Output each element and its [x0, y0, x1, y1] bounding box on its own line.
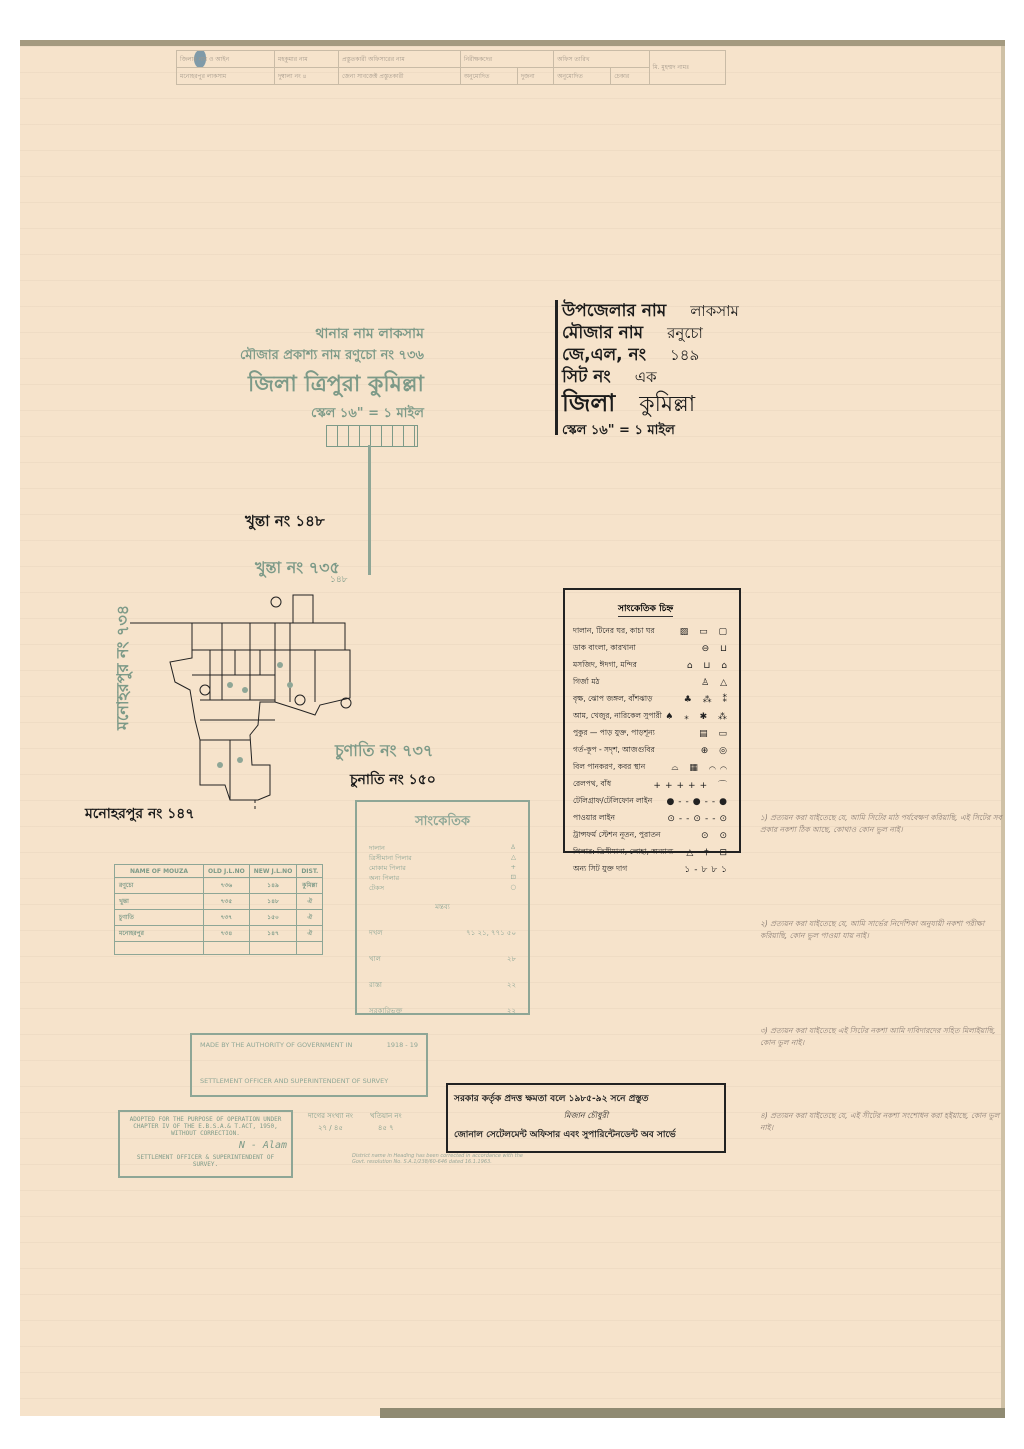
legend-faded-symbol-icon: ○: [510, 883, 516, 893]
adopted-signature: N - Alam: [124, 1140, 287, 1151]
mouza-header-new-jl: NEW J.L.NO: [249, 865, 297, 878]
header-cell: অফিস তারিখ: [554, 51, 649, 68]
legend-faded-title: সাংকেতিক: [369, 812, 516, 833]
authority-footer: SETTLEMENT OFFICER AND SUPERINTENDENT OF…: [200, 1077, 418, 1085]
mouza-cell: রণুচো: [115, 878, 204, 894]
header-cell: মি. মুহম্মদ নামঃ: [649, 51, 725, 85]
legend-item: পাওয়ার লাইন⊙--⊙--⊙: [573, 810, 731, 827]
legend-item-label: আম, খেজুর, নারিকেল সুপারী: [573, 711, 662, 723]
legend-faded-subheading: মন্তব্য: [369, 901, 516, 913]
legend-item-label: বিল পানকরণ, কবর স্থান: [573, 762, 645, 774]
bengali-authority-stamp: সরকার কর্তৃক প্রদত্ত ক্ষমতা বলে ১৯৮৫-৯২ …: [446, 1083, 726, 1153]
khatian-value: ৪৫ ৭: [370, 1122, 402, 1134]
authority-stamp: MADE BY THE AUTHORITY OF GOVERNMENT IN19…: [190, 1033, 428, 1097]
header-table: জিলার নাম ও আইন মহকুমার নাম প্রস্তুতকারী…: [176, 50, 726, 85]
header-cell: জেনা সাবজেক্ট প্রস্তুতকারী: [338, 68, 460, 85]
legend-symbol-icon: ১-৮৮১: [684, 862, 731, 877]
jl-label: জে,এল, নং: [562, 345, 646, 365]
mouza-cell: ৭৩৬: [204, 878, 250, 894]
district-row: জিলাকুমিল্লা: [562, 388, 739, 420]
header-table-row: মনোহরপুর লাকসাম দুম্বালা নং ৪ জেনা সাবজে…: [177, 68, 726, 85]
legend-item: মসজিদ, ঈদগা, মন্দির⌂ ⊔ ⌂: [573, 657, 731, 674]
legend-item: বৃক্ষ, ঝোপ জঙ্গল, বাঁশঝাড়♣ ⁂ ⁑: [573, 691, 731, 708]
handwritten-note-2: ২) প্রত্যয়ন করা যাইতেছে যে, আমি সার্ভের…: [760, 918, 1010, 942]
adopted-footer: SETTLEMENT OFFICER & SUPERINTENDENT OF S…: [124, 1154, 287, 1168]
mouza-table: NAME OF MOUZA OLD J.L.NO NEW J.L.NO DIST…: [114, 864, 323, 955]
bengali-authority-line1: সরকার কর্তৃক প্রদত্ত ক্ষমতা বলে ১৯৮৫-৯২ …: [454, 1091, 718, 1106]
mouza-cell: [115, 942, 204, 955]
section-value: ২২: [507, 979, 516, 991]
mouza-header-old-jl: OLD J.L.NO: [204, 865, 250, 878]
upazila-row: উপজেলার নামলাকসাম: [562, 300, 739, 322]
section-value: ২৮: [507, 953, 516, 965]
legend-item: অন্য সিট যুক্ত দাগ১-৮৮১: [573, 861, 731, 878]
district-correction-note: District name in Heading has been correc…: [352, 1153, 532, 1165]
sheet-bottom-edge: [380, 1408, 1005, 1418]
mouza-cell: ঐ: [297, 894, 323, 910]
legend-symbol-icon: ♠ ⁎ ✱ ⁂: [665, 712, 731, 722]
legend-item-label: গির্জা মঠ: [573, 677, 600, 689]
header-cell: নিরীক্ষকদের: [460, 51, 553, 68]
mouza-table-row: মনোহরপুর৭৩৪১৪৭ঐ: [115, 926, 323, 942]
mouza-cell: ঐ: [297, 910, 323, 926]
mouza-cell: ৭৩৭: [204, 910, 250, 926]
legend-symbol-icon: ⌓ ▦ ⌒⌒: [671, 763, 731, 773]
district-old: জিলা ত্রিপুরা কুমিল্লা: [240, 367, 424, 404]
mouza-cell: ১৪৭: [249, 926, 297, 942]
legend-faded-section: দখল৭১ ২১, ৭৭১ ৫০: [369, 927, 516, 939]
legend-faded-item: অন্য পিলার⊡: [369, 873, 516, 883]
mouza-cell: কুমিল্লা: [297, 878, 323, 894]
dag-value: ২৭ / ৪৫: [308, 1122, 353, 1134]
header-cell: চেকার: [611, 68, 649, 85]
mouza-header-name: NAME OF MOUZA: [115, 865, 204, 878]
legend-item: পিলার: ত্রিসীমানা, লোহা, অন্যান্য△ † ⊡: [573, 844, 731, 861]
mouza-cell: ঐ: [297, 926, 323, 942]
legend-item-label: গর্ত-কূপ - সদৃশ, আজগুবির: [573, 745, 655, 757]
legend-item-label: ডাক বাংলা, কারখানা: [573, 643, 636, 655]
mouza-cell: [297, 942, 323, 955]
mouza-cell: মনোহরপুর: [115, 926, 204, 942]
mouza-label: মৌজার নাম: [562, 323, 643, 343]
legend-symbol-icon: △ † ⊡: [686, 848, 731, 858]
header-cell: অনুমোদিত: [554, 68, 611, 85]
scale-old: স্কেল ১৬" = ১ মাইল: [240, 404, 424, 425]
mouza-table-row: রণুচো৭৩৬১৪৯কুমিল্লা: [115, 878, 323, 894]
section-label: খাল: [369, 953, 381, 965]
legend-faded-item: মোকাম পিলার+: [369, 863, 516, 873]
mouza-row: মৌজার নামরনুচো: [562, 322, 739, 344]
faded-title-block: থানার নাম লাকসাম মৌজার প্রকাশ্য নাম রণুচ…: [240, 322, 424, 425]
handwritten-note-1: ১) প্রত্যয়ন করা যাইতেছে যে, আমি সিটের ম…: [760, 812, 1010, 836]
mouza-value: রনুচো: [667, 324, 703, 342]
legend-symbol-icon: +++++ ⌒: [653, 778, 731, 791]
legend-item-label: রেলপথ, বাঁধ: [573, 779, 611, 791]
scale-bar: [326, 425, 418, 447]
authority-years: 1918 - 19: [387, 1041, 418, 1049]
section-label: দখল: [369, 927, 383, 939]
sheet-info-block: উপজেলার নামলাকসাম মৌজার নামরনুচো জে,এল, …: [562, 300, 739, 442]
adopted-stamp: ADOPTED FOR THE PURPOSE OF OPERATION UND…: [118, 1110, 293, 1178]
legend-faded-section: রাস্তা২২: [369, 979, 516, 991]
legend-item-label: মসজিদ, ঈদগা, মন্দির: [573, 660, 637, 672]
legend-symbol-icon: ♣ ⁂ ⁑: [684, 695, 731, 705]
legend-symbol-icon: ♙ △: [701, 678, 731, 688]
sheet-label: সিট নং: [562, 367, 611, 387]
legend-item-label: ট্রান্সফর্ম স্টেশন নূতন, পুরাতন: [573, 830, 660, 842]
scale-row: স্কেল ১৬" = ১ মাইল: [562, 420, 739, 442]
handwritten-note-3: ৩) প্রত্যয়ন করা যাইতেছে এই সিটের নকশা আ…: [760, 1025, 1010, 1049]
adjacent-mouza-north-old-sub: ১৪৮: [330, 572, 348, 587]
upazila-label: উপজেলার নাম: [562, 301, 666, 321]
legend-faded-symbol-icon: ⊡: [511, 873, 516, 883]
legend-symbol-icon: ●--●--●: [666, 797, 731, 807]
handwritten-note-4: ৪) প্রত্যয়ন করা যাইতেছে যে, এই সীটের নক…: [760, 1110, 1010, 1134]
legend-faded: সাংকেতিক দালান♙ত্রিসীমানা পিলার△মোকাম পি…: [355, 800, 530, 1015]
mouza-old-name: মৌজার প্রকাশ্য নাম রণুচো নং ৭৩৬: [240, 346, 424, 367]
legend-item: আম, খেজুর, নারিকেল সুপারী♠ ⁎ ✱ ⁂: [573, 708, 731, 725]
mouza-cell: ১৪৯: [249, 878, 297, 894]
legend-item-label: দালান, টিনের ঘর, কাচা ঘর: [573, 626, 655, 638]
legend-item: পুকুর — পাড় যুক্ত, পাড়শূন্য▤ ▭: [573, 725, 731, 742]
mouza-header-dist: DIST.: [297, 865, 323, 878]
legend-symbol-icon: ⊙--⊙--⊙: [667, 814, 731, 824]
header-cell: মনোহরপুর লাকসাম: [177, 68, 275, 85]
legend-symbol-icon: ▨ ▭ ▢: [680, 627, 731, 637]
sheet-row: সিট নংএক: [562, 366, 739, 388]
header-cell: প্রস্তুতকারী অফিসারের নাম: [338, 51, 460, 68]
district-value: কুমিল্লা: [639, 392, 695, 417]
legend-item: রেলপথ, বাঁধ+++++ ⌒: [573, 776, 731, 793]
bengali-authority-line2: জোনাল সেটেলমেন্ট অফিসার এবং সুপারিন্টেনড…: [454, 1127, 718, 1142]
header-cell: দুম্বালা নং ৪: [275, 68, 339, 85]
legend-item-label: টেলিগ্রাফ/টেলিফোন লাইন: [573, 796, 652, 808]
legend-main-title: সাংকেতিক চিহ্ন: [618, 601, 673, 617]
dag-label: দাগের সংখ্যা নং: [308, 1110, 353, 1122]
legend-item-label: পিলার: ত্রিসীমানা, লোহা, অন্যান্য: [573, 847, 673, 859]
upazila-value: লাকসাম: [690, 302, 739, 320]
adjacent-mouza-north-old: খুন্তা নং ৭৩৫: [255, 555, 340, 582]
legend-item: ট্রান্সফর্ম স্টেশন নূতন, পুরাতন⊙ ⊙: [573, 827, 731, 844]
legend-faded-section: সরকারিভুক্ত২২: [369, 1005, 516, 1017]
mouza-cell: [249, 942, 297, 955]
bengali-signature: মিজান চৌধুরী: [454, 1110, 718, 1123]
section-label: রাস্তা: [369, 979, 382, 991]
legend-faded-item: দালান♙: [369, 843, 516, 853]
legend-faded-item-label: দালান: [369, 843, 385, 853]
mouza-table-row: চুণাতি৭৩৭১৫০ঐ: [115, 910, 323, 926]
legend-item: বিল পানকরণ, কবর স্থান⌓ ▦ ⌒⌒: [573, 759, 731, 776]
legend-faded-symbol-icon: △: [511, 853, 516, 863]
sheet-edge: [1001, 46, 1005, 1416]
section-value: ২২: [507, 1005, 516, 1017]
legend-faded-section: খাল২৮: [369, 953, 516, 965]
mouza-cell: ৭৩৫: [204, 894, 250, 910]
section-value: ৭১ ২১, ৭৭১ ৫০: [466, 927, 516, 939]
legend-item: ডাক বাংলা, কারখানা⊖ ⊔: [573, 640, 731, 657]
legend-main: সাংকেতিক চিহ্ন দালান, টিনের ঘর, কাচা ঘর▨…: [563, 588, 741, 853]
header-table-row: জিলার নাম ও আইন মহকুমার নাম প্রস্তুতকারী…: [177, 51, 726, 68]
khatian-label: খতিয়ান নং: [370, 1110, 402, 1122]
legend-faded-item-label: মোকাম পিলার: [369, 863, 406, 873]
legend-symbol-icon: ⊖ ⊔: [702, 644, 731, 654]
dag-count: দাগের সংখ্যা নং ২৭ / ৪৫: [308, 1110, 353, 1134]
legend-symbol-icon: ⌂ ⊔ ⌂: [687, 661, 731, 671]
sheet-value: এক: [635, 368, 657, 386]
mouza-cell: ৭৩৪: [204, 926, 250, 942]
mouza-cell: ১৪৮: [249, 894, 297, 910]
jl-value: ১৪৯: [670, 346, 699, 364]
jl-row: জে,এল, নং১৪৯: [562, 344, 739, 366]
adopted-text: ADOPTED FOR THE PURPOSE OF OPERATION UND…: [124, 1116, 287, 1137]
legend-faded-item-label: ত্রিসীমানা পিলার: [369, 853, 412, 863]
header-cell: মহকুমার নাম: [275, 51, 339, 68]
mouza-cell: চুণাতি: [115, 910, 204, 926]
header-cell: জিলার নাম ও আইন: [177, 51, 275, 68]
mouza-table-header: NAME OF MOUZA OLD J.L.NO NEW J.L.NO DIST…: [115, 865, 323, 878]
authority-text: MADE BY THE AUTHORITY OF GOVERNMENT IN: [200, 1041, 352, 1049]
legend-item-label: পাওয়ার লাইন: [573, 813, 615, 825]
mouza-cell: খুন্তা: [115, 894, 204, 910]
legend-item: দালান, টিনের ঘর, কাচা ঘর▨ ▭ ▢: [573, 623, 731, 640]
legend-faded-item: ত্রিসীমানা পিলার△: [369, 853, 516, 863]
legend-item: টেলিগ্রাফ/টেলিফোন লাইন●--●--●: [573, 793, 731, 810]
legend-symbol-icon: ▤ ▭: [699, 729, 731, 739]
legend-item-label: অন্য সিট যুক্ত দাগ: [573, 864, 627, 876]
legend-faded-item-label: টেকস: [369, 883, 384, 893]
mouza-table-row: [115, 942, 323, 955]
section-label: সরকারিভুক্ত: [369, 1005, 402, 1017]
header-cell: অনুমোদিত: [460, 68, 517, 85]
adjacent-mouza-north: খুন্তা নং ১৪৮: [245, 510, 325, 535]
mouza-table-row: খুন্তা৭৩৫১৪৮ঐ: [115, 894, 323, 910]
legend-item: গর্ত-কূপ - সদৃশ, আজগুবির⊕ ◎: [573, 742, 731, 759]
legend-item-label: পুকুর — পাড় যুক্ত, পাড়শূন্য: [573, 728, 655, 740]
north-arrow-line: [368, 445, 371, 575]
mouza-cell: ১৫০: [249, 910, 297, 926]
legend-faded-item-label: অন্য পিলার: [369, 873, 399, 883]
legend-faded-item: টেকস○: [369, 883, 516, 893]
district-label: জিলা: [562, 389, 615, 417]
info-bar: [555, 300, 558, 435]
legend-faded-symbol-icon: +: [511, 863, 516, 873]
legend-symbol-icon: ⊕ ◎: [701, 746, 731, 756]
legend-item: গির্জা মঠ♙ △: [573, 674, 731, 691]
cadastral-map: [130, 590, 370, 810]
legend-symbol-icon: ⊙ ⊙: [701, 831, 731, 841]
thana-name: থানার নাম লাকসাম: [240, 322, 424, 346]
legend-item-label: বৃক্ষ, ঝোপ জঙ্গল, বাঁশঝাড়: [573, 694, 652, 706]
khatian-count: খতিয়ান নং ৪৫ ৭: [370, 1110, 402, 1134]
legend-faded-symbol-icon: ♙: [510, 843, 516, 853]
mouza-cell: [204, 942, 250, 955]
header-cell: দুজনা: [517, 68, 553, 85]
